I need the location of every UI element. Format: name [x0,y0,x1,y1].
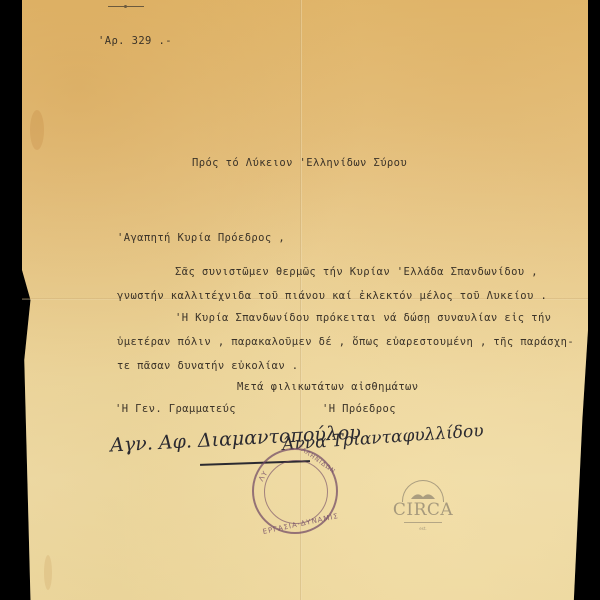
body-line: τε πᾶσαν δυνατήν εὐκολίαν . [117,360,298,372]
paper-stain [44,555,52,590]
open-book-icon [410,488,436,500]
addressee: Πρός τό Λύκειον 'Ελληνίδων Σύρου [192,157,407,169]
salutation: 'Αγαπητή Κυρία Πρόεδρος , [117,232,285,244]
watermark-rule [404,522,442,523]
paper-stain [30,110,44,150]
watermark-brand: CIRCA [388,500,458,520]
body-line: Σᾶς συνιστῶμεν θερμῶς τήν Κυρίαν 'Ελλάδα… [175,266,538,278]
secretary-title: 'Η Γεν. Γραμματεύς [115,403,236,415]
top-rule-dot [124,5,127,8]
president-title: 'Η Πρόεδρος [322,403,396,415]
seal-inner-ring [264,460,328,524]
closing: Μετά φιλικωτάτων αἰσθημάτων [237,381,418,393]
reference-number: 'Αρ. 329 .- [98,35,172,47]
body-line: γνωστήν καλλιτέχνιδα τοῦ πιάνου καί ἐκλε… [117,290,547,302]
body-line: 'Η Κυρία Σπανδωνίδου πρόκειται νά δώσῃ σ… [175,312,551,324]
body-line: ὑμετέραν πόλιν , παρακαλοῦμεν δέ , ὅπως … [117,336,574,348]
watermark-sub: est. [388,526,458,531]
association-seal: ΕΛΛΗΝΙΔΩΝ ΕΡΓΑΣΙΑ·ΔΥΝΑΜΙΣ ΛΥ [252,448,338,534]
